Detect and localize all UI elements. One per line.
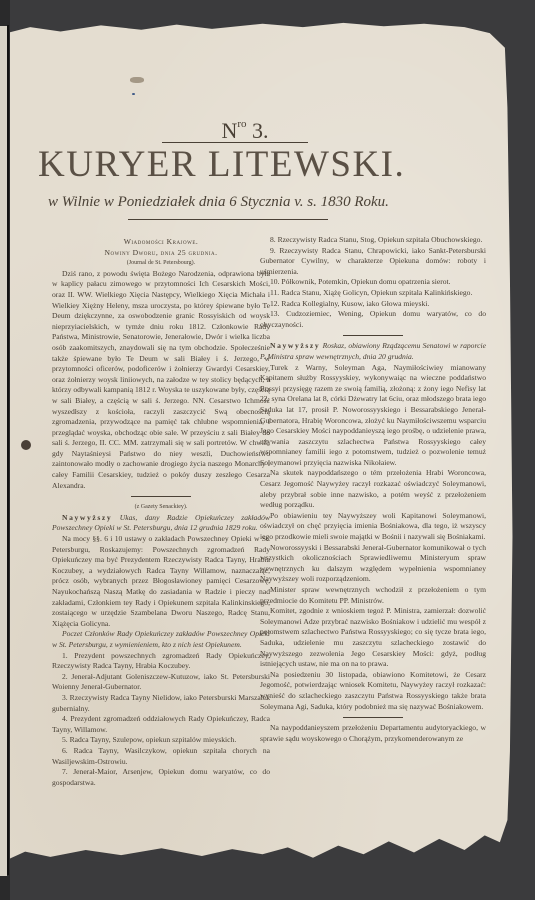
reskript-intro: Naywyższy (270, 341, 320, 350)
list-item: 1. Prezydent powszechnych zgromadzeń Rad… (52, 651, 270, 672)
issue-number-sup: ro (237, 118, 246, 130)
issue-number-value: 3. (252, 118, 269, 143)
list-item: 11. Radca Stanu, Xiążę Golicyn, Opiekun … (260, 288, 486, 299)
source-note: (Journal de St. Petersbourg). (52, 258, 270, 269)
news-heading-text: Nowiny Dworu, dnia 25 grudnia. (105, 248, 218, 257)
section-divider (343, 717, 403, 718)
list-item: 6. Radca Tayny, Wasilczykow, opiekun szp… (52, 746, 270, 767)
list-item: 2. Jenerał-Adjutant Goleniszczew-Kutuzow… (52, 672, 270, 693)
column-right: 8. Rzeczywisty Radca Stanu, Stog, Opieku… (260, 235, 486, 744)
issue-number: Nro 3. (10, 118, 480, 144)
list-heading-text: Poczet Członków Rady Opiekuńczey zakładó… (52, 629, 270, 649)
ink-speck (132, 93, 135, 95)
list-item: 8. Rzeczywisty Radca Stanu, Stog, Opieku… (260, 235, 486, 246)
list-item: 10. Półkownik, Potemkin, Opiekun domu op… (260, 277, 486, 288)
article-paragraph: Noworossyyski i Bessarabski Jenerał-Gube… (260, 543, 486, 585)
binding-line (7, 25, 9, 875)
issue-number-prefix: N (221, 118, 237, 143)
article-paragraph: Minister spraw wewnętrznych wchodził z p… (260, 585, 486, 606)
article-paragraph: Na mocy §§. 6 i 10 ustawy o zakładach Po… (52, 534, 270, 629)
list-item: 3. Rzeczywisty Radca Tayny Nielidow, iak… (52, 693, 270, 714)
article-paragraph: Na naypoddanieyszem przełożeniu Departam… (260, 723, 486, 744)
column-left: Wiadomości Krajowe. Nowiny Dworu, dnia 2… (52, 237, 270, 788)
article-paragraph: Po obiawieniu tey Naywyższey woli Kapita… (260, 511, 486, 543)
adjacent-page-edge (0, 26, 7, 876)
article-paragraph: Dziś rano, z powodu święta Bożego Narodz… (52, 269, 270, 491)
stain-dot (21, 440, 31, 450)
section-divider (343, 335, 403, 336)
masthead-title: KURYER LITEWSKI. (38, 143, 448, 186)
ink-blot (130, 77, 144, 83)
list-item: 13. Cudzoziemiec, Wening, Opiekun domu w… (260, 309, 486, 330)
article-paragraph: Na skutek naypoddańszego o tém przełożen… (260, 468, 486, 510)
section-heading: Wiadomości Krajowe. (52, 237, 270, 248)
article-paragraph: Komitet, zgodnie z wnioskiem tegoż P. Mi… (260, 606, 486, 670)
title-rule-bottom (128, 219, 328, 220)
article-paragraph: Turek z Warny, Soleyman Aga, Naymiłościw… (260, 363, 486, 469)
list-item: 5. Radca Tayny, Szulepow, opiekun szpita… (52, 735, 270, 746)
section-divider (131, 496, 191, 497)
list-item: 9. Rzeczywisty Radca Stanu, Chrapowicki,… (260, 246, 486, 278)
ukas-intro: Naywyższy (62, 513, 112, 522)
source-note: (z Gazety Senackiey). (52, 502, 270, 513)
reskript-heading: Naywyższy Roskaz, obiawiony Rządzącemu S… (260, 341, 486, 362)
list-item: 7. Jenerał-Maior, Arsenjew, Opiekun domu… (52, 767, 270, 788)
newspaper-page: Nro 3. KURYER LITEWSKI. w Wilnie w Ponie… (10, 22, 515, 880)
news-heading: Nowiny Dworu, dnia 25 grudnia. (52, 248, 270, 259)
dateline: w Wilnie w Poniedziałek dnia 6 Stycznia … (48, 194, 448, 211)
list-heading: Poczet Członków Rady Opiekuńczey zakładó… (52, 629, 270, 650)
ukas-heading: Naywyższy Ukas, dany Radzie Opiekuńczey … (52, 513, 270, 534)
list-item: 4. Prezydent zgromadzeń oddziałowych Rad… (52, 714, 270, 735)
list-item: 12. Radca Kollegialny, Kusow, iako Głowa… (260, 299, 486, 310)
article-paragraph: Na posiedzeniu 30 listopada, obiawiono K… (260, 670, 486, 712)
